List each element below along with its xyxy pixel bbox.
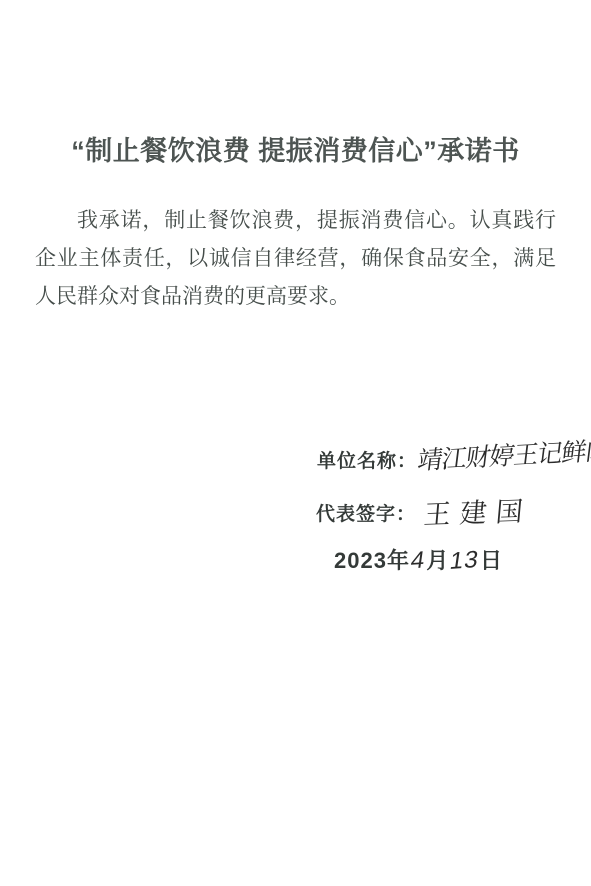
date-month-unit: 月 [426,548,449,573]
pledge-paragraph: 我承诺，制止餐饮浪费，提振消费信心。认真践行企业主体责任，以诚信自律经营，确保食… [35,202,556,316]
company-name-label: 单位名称： [317,446,417,473]
representative-signature-handwritten: 王建国 [422,489,533,532]
representative-signature-label: 代表签字： [316,499,416,526]
date-line: 2023年4月13日 [334,544,503,575]
company-name-handwritten: 靖江财婷王记鲜肉馆 [416,430,591,478]
date-row: 2023年4月13日 [334,544,503,575]
date-day-unit: 日 [480,548,503,573]
representative-signature-row: 代表签字： 王建国 [316,493,532,532]
date-day-handwritten: 13 [448,546,481,576]
document-title: “制止餐饮浪费 提振消费信心”承诺书 [0,129,591,168]
pledge-document-page: “制止餐饮浪费 提振消费信心”承诺书 我承诺，制止餐饮浪费，提振消费信心。认真践… [0,0,591,886]
company-name-row: 单位名称： 靖江财婷王记鲜肉馆 [317,441,591,477]
date-year: 2023年 [334,548,410,573]
date-month-handwritten: 4 [409,547,428,576]
